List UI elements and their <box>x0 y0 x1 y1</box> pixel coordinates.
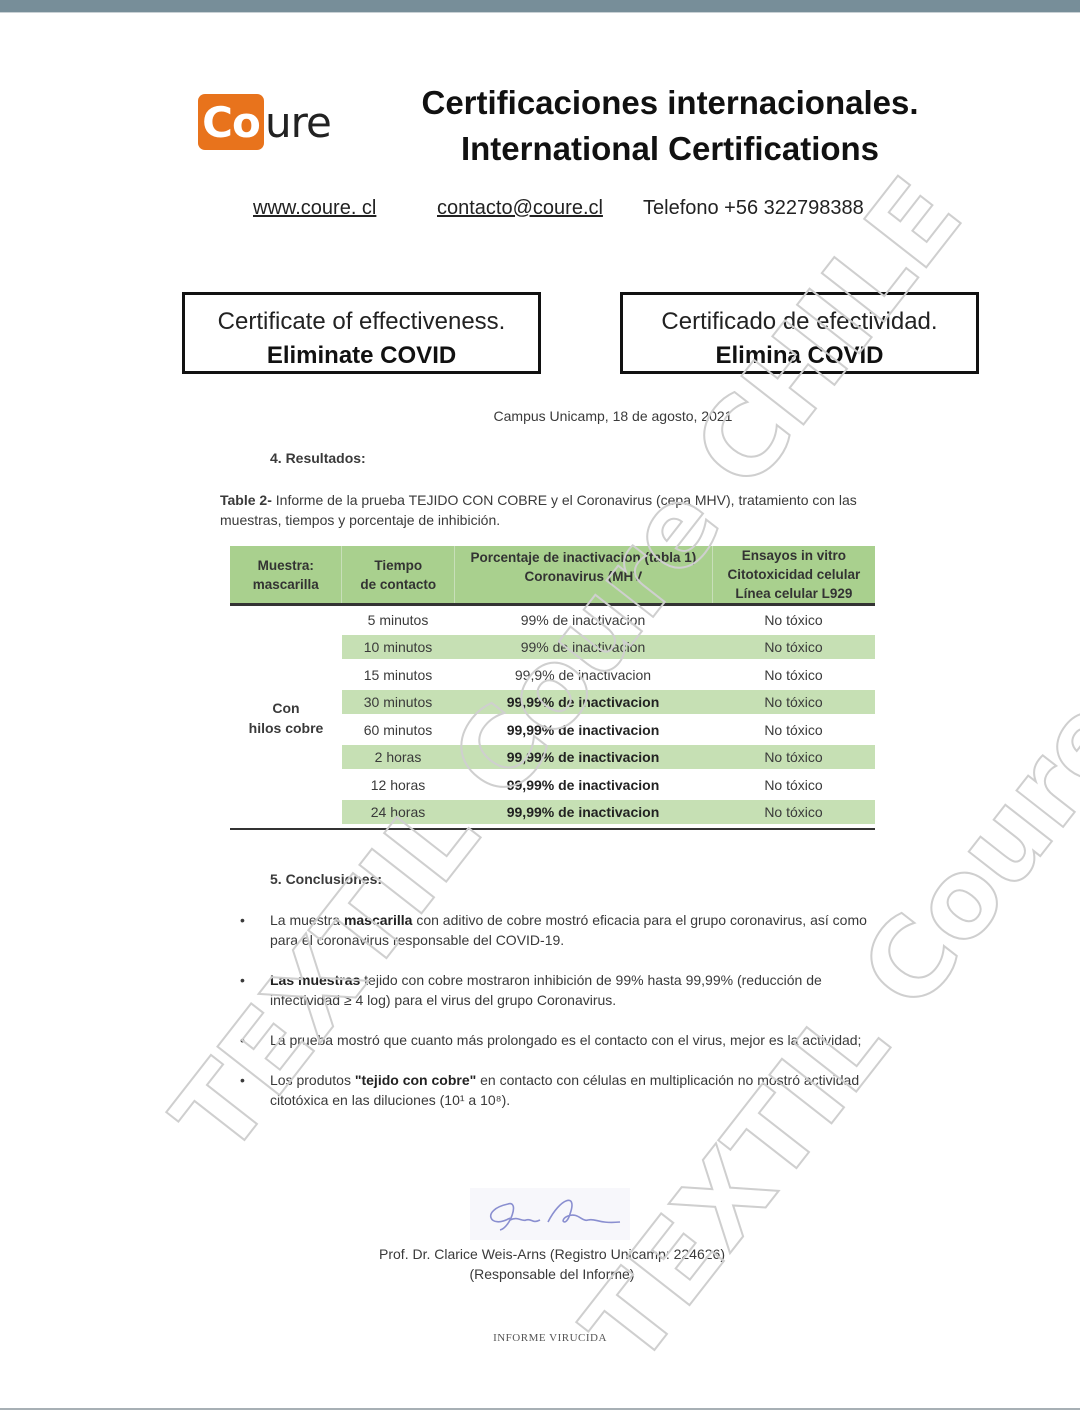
cell-inactivation: 99% de inactivacion <box>454 635 712 659</box>
header-inactivation: Porcentaje de inactivacion (tabla 1) Cor… <box>454 546 712 603</box>
page-title: Certificaciones internacionales. Interna… <box>400 80 940 172</box>
bullet-icon: • <box>240 970 245 990</box>
conclusion-item: •La muestra mascarilla con aditivo de co… <box>240 910 870 950</box>
conclusion-pre: La prueba mostró que cuanto más prolonga… <box>270 1032 861 1048</box>
certificate-box-spanish: Certificado de efectividad. Elimina COVI… <box>620 292 979 374</box>
conclusions-list: •La muestra mascarilla con aditivo de co… <box>240 910 870 1130</box>
group-label-line: Con <box>230 698 342 718</box>
signer-name: Prof. Dr. Clarice Weis-Arns (Registro Un… <box>0 1244 1080 1264</box>
cell-time: 24 horas <box>342 800 454 824</box>
certificate-title: Certificate of effectiveness. <box>185 305 538 339</box>
header-line: Ensayos in vitro <box>713 546 875 565</box>
table-row: 5 minutos99% de inactivacionNo tóxico <box>230 606 875 634</box>
cell-time: 2 horas <box>342 745 454 769</box>
title-spanish: Certificaciones internacionales. <box>400 80 940 126</box>
conclusion-pre: Los produtos <box>270 1072 355 1088</box>
sample-group-label: Con hilos cobre <box>230 698 342 738</box>
top-bar-edge <box>0 12 1080 13</box>
certificate-claim: Eliminate COVID <box>185 339 538 373</box>
section-results-heading: 4. Resultados: <box>270 450 366 466</box>
conclusion-bold: "tejido con cobre" <box>355 1072 476 1088</box>
header-line: Coronavirus (MHV <box>455 567 712 586</box>
table-row: 24 horas99,99% de inactivacionNo tóxico <box>230 799 875 827</box>
phone-number: Telefono +56 322798388 <box>643 197 864 220</box>
signer-block: Prof. Dr. Clarice Weis-Arns (Registro Un… <box>0 1244 1080 1284</box>
header-line: de contacto <box>342 575 453 594</box>
email-link[interactable]: contacto@coure.cl <box>437 197 603 220</box>
cell-toxicity: No tóxico <box>712 722 875 738</box>
conclusion-item: •Las muestras tejido con cobre mostraron… <box>240 970 870 1010</box>
cell-toxicity: No tóxico <box>712 777 875 793</box>
cell-inactivation: 99,99% de inactivacion <box>454 690 712 714</box>
conclusion-item: •Los produtos "tejido con cobre" en cont… <box>240 1070 870 1110</box>
caption-text: Informe de la prueba TEJIDO CON COBRE y … <box>220 492 857 528</box>
header-line: Línea celular L929 <box>713 584 875 603</box>
table-row: 12 horas99,99% de inactivacionNo tóxico <box>230 771 875 799</box>
cell-toxicity: No tóxico <box>712 800 875 824</box>
header-line: Tiempo <box>342 556 453 575</box>
cell-inactivation: 99% de inactivacion <box>454 612 712 628</box>
table-body: Con hilos cobre 5 minutos99% de inactiva… <box>230 606 875 826</box>
logo-text: ure <box>265 98 331 147</box>
conclusion-bold: mascarilla <box>344 912 413 928</box>
report-date: Campus Unicamp, 18 de agosto, 2021 <box>0 408 1080 424</box>
header-line: Citotoxicidad celular <box>713 565 875 584</box>
title-english: International Certifications <box>400 126 940 172</box>
cell-time: 12 horas <box>342 777 454 793</box>
cell-inactivation: 99,99% de inactivacion <box>454 800 712 824</box>
certificate-box-english: Certificate of effectiveness. Eliminate … <box>182 292 541 374</box>
table-row: 15 minutos99,9% de inactivacionNo tóxico <box>230 661 875 689</box>
conclusion-bold: Las muestras <box>270 972 360 988</box>
bullet-icon: • <box>240 1030 245 1050</box>
cell-toxicity: No tóxico <box>712 667 875 683</box>
header-line: mascarilla <box>230 575 341 594</box>
cell-time: 10 minutos <box>342 635 454 659</box>
conclusion-item: •La prueba mostró que cuanto más prolong… <box>240 1030 870 1050</box>
cell-toxicity: No tóxico <box>712 745 875 769</box>
header-cytotoxicity: Ensayos in vitro Citotoxicidad celular L… <box>712 546 875 603</box>
conclusion-pre: La muestra <box>270 912 344 928</box>
signature-image <box>470 1188 630 1240</box>
coure-logo: Co ure <box>198 94 331 150</box>
cell-inactivation: 99,99% de inactivacion <box>454 777 712 793</box>
table-header: Muestra: mascarilla Tiempo de contacto P… <box>230 546 875 606</box>
page-footer: INFORME VIRUCIDA <box>0 1332 1080 1344</box>
header-line: Muestra: <box>230 556 341 575</box>
header-sample: Muestra: mascarilla <box>230 546 341 603</box>
website-link[interactable]: www.coure. cl <box>253 197 376 220</box>
caption-label: Table 2- <box>220 492 272 508</box>
table-caption: Table 2- Informe de la prueba TEJIDO CON… <box>220 490 890 530</box>
cell-inactivation: 99,99% de inactivacion <box>454 722 712 738</box>
group-label-line: hilos cobre <box>230 718 342 738</box>
cell-time: 30 minutos <box>342 690 454 714</box>
results-table: Muestra: mascarilla Tiempo de contacto P… <box>230 546 875 830</box>
cell-time: 15 minutos <box>342 667 454 683</box>
table-row: 2 horas99,99% de inactivacionNo tóxico <box>230 744 875 772</box>
cell-toxicity: No tóxico <box>712 635 875 659</box>
section-conclusions-heading: 5. Conclusiones: <box>270 871 382 887</box>
header-line: Porcentaje de inactivacion (tabla 1) <box>455 548 712 567</box>
signer-role: (Responsable del Informe) <box>0 1264 1080 1284</box>
cell-inactivation: 99,9% de inactivacion <box>454 667 712 683</box>
cell-toxicity: No tóxico <box>712 690 875 714</box>
top-bar <box>0 0 1080 12</box>
header-contact-time: Tiempo de contacto <box>341 546 453 603</box>
cell-time: 60 minutos <box>342 722 454 738</box>
logo-highlight: Co <box>198 94 264 150</box>
bullet-icon: • <box>240 1070 245 1090</box>
table-bottom-rule <box>230 828 875 830</box>
cell-inactivation: 99,99% de inactivacion <box>454 745 712 769</box>
signature-icon <box>470 1188 630 1240</box>
bullet-icon: • <box>240 910 245 930</box>
cell-time: 5 minutos <box>342 612 454 628</box>
certificate-claim: Elimina COVID <box>623 339 976 373</box>
table-row: 10 minutos99% de inactivacionNo tóxico <box>230 634 875 662</box>
cell-toxicity: No tóxico <box>712 612 875 628</box>
certificate-title: Certificado de efectividad. <box>623 305 976 339</box>
